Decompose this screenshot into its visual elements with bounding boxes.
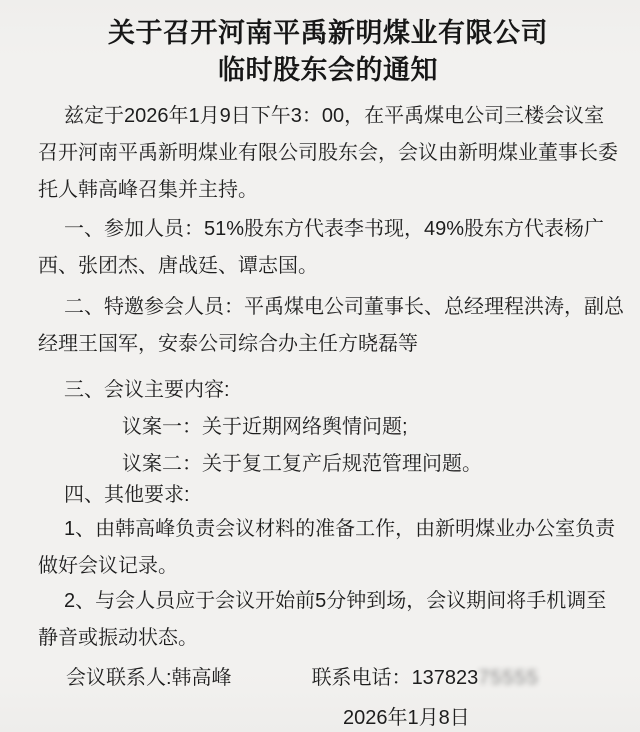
agenda-item-1: 议案一：关于近期网络舆情问题; <box>38 409 618 446</box>
document-body: 兹定于2026年1月9日下午3：00，在平禹煤电公司三楼会议室 召开河南平禹新明… <box>38 98 618 732</box>
contact-phone: 联系电话：13782375555 <box>312 667 539 689</box>
intro-line-2: 召开河南平禹新明煤业有限公司股东会，会议由新明煤业董事长委 <box>38 135 618 172</box>
agenda-section: 三、会议主要内容: 议案一：关于近期网络舆情问题; 议案二：关于复工复产后规范管… <box>38 372 618 483</box>
intro-line-1: 兹定于2026年1月9日下午3：00，在平禹煤电公司三楼会议室 <box>38 98 618 135</box>
attendees-line-1: 一、参加人员：51%股东方代表李书现，49%股东方代表杨广 <box>38 211 618 248</box>
notice-page: 关于召开河南平禹新明煤业有限公司 临时股东会的通知 兹定于2026年1月9日下午… <box>0 0 640 732</box>
document-date: 2026年1月8日 <box>38 700 618 732</box>
requirement-1-line-1: 1、由韩高峰负责会议材料的准备工作，由新明煤业办公室负责 <box>38 511 618 548</box>
document-title: 关于召开河南平禹新明煤业有限公司 临时股东会的通知 <box>38 15 618 89</box>
requirement-2-paragraph: 2、与会人员应于会议开始前5分钟到场，会议期间将手机调至 静音或振动状态。 <box>38 583 618 657</box>
invited-guests-line-2: 经理王国军，安泰公司综合办主任方晓磊等 <box>38 326 618 363</box>
requirement-2-line-2: 静音或振动状态。 <box>38 620 618 657</box>
title-line-2: 临时股东会的通知 <box>38 52 618 89</box>
phone-label: 联系电话： <box>312 667 412 689</box>
intro-line-3: 托人韩高峰召集并主持。 <box>38 172 618 209</box>
requirement-1-line-2: 做好会议记录。 <box>38 548 618 585</box>
invited-guests-line-1: 二、特邀参会人员：平禹煤电公司董事长、总经理程洪涛，副总 <box>38 289 618 326</box>
intro-paragraph: 兹定于2026年1月9日下午3：00，在平禹煤电公司三楼会议室 召开河南平禹新明… <box>38 98 618 209</box>
footer-row: 会议联系人:韩高峰联系电话：13782375555 <box>38 660 618 697</box>
requirement-1-paragraph: 1、由韩高峰负责会议材料的准备工作，由新明煤业办公室负责 做好会议记录。 <box>38 511 618 585</box>
attendees-paragraph: 一、参加人员：51%股东方代表李书现，49%股东方代表杨广 西、张团杰、唐战廷、… <box>38 211 618 285</box>
title-line-1: 关于召开河南平禹新明煤业有限公司 <box>38 15 618 52</box>
invited-guests-paragraph: 二、特邀参会人员：平禹煤电公司董事长、总经理程洪涛，副总 经理王国军，安泰公司综… <box>38 289 618 363</box>
phone-number-visible: 137823 <box>412 667 479 689</box>
requirement-2-line-1: 2、与会人员应于会议开始前5分钟到场，会议期间将手机调至 <box>38 583 618 620</box>
contact-person: 会议联系人:韩高峰 <box>66 667 232 689</box>
phone-number-redacted: 75555 <box>478 660 539 697</box>
agenda-heading: 三、会议主要内容: <box>38 372 618 409</box>
attendees-line-2: 西、张团杰、唐战廷、谭志国。 <box>38 248 618 285</box>
